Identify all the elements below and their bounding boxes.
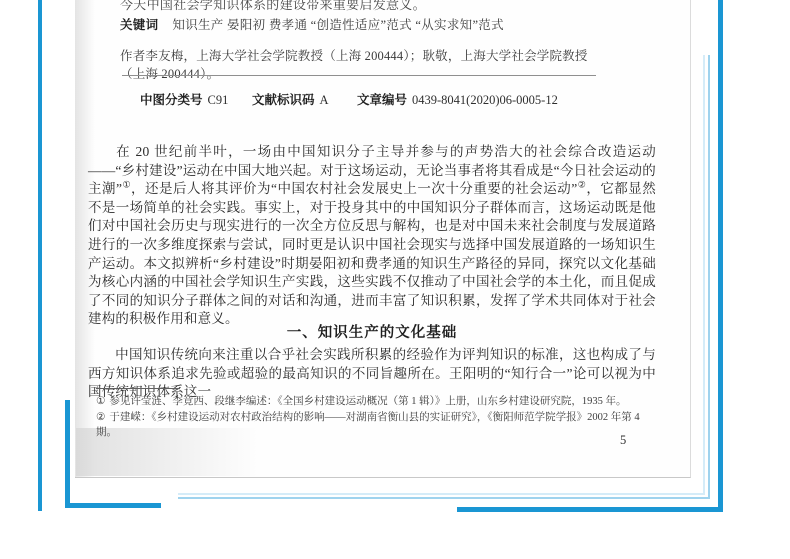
- footnote-2-text: 于建嵘：《乡村建设运动对农村政治结构的影响——对湖南省衡山县的实证研究》，《衡阳…: [96, 412, 640, 439]
- footnotes-block: ①参见许莹涟、李竟西、段继李编述：《全国乡村建设运动概况（第 1 辑）》上册，山…: [96, 394, 652, 441]
- footnote-2-marker: ②: [96, 412, 105, 423]
- document-code-label: 文献标识码: [252, 93, 315, 107]
- paragraph1-text-continued: ，还是后人将其评价为“中国农村社会发展史上一次十分重要的社会运动”: [131, 181, 577, 196]
- frame-line-bottom-left: [65, 503, 161, 508]
- page-number: 5: [620, 433, 626, 448]
- authors-line: 作者李友梅，上海大学社会学院教授（上海 200444）；耿敬，上海大学社会学院教…: [120, 46, 600, 82]
- footnote-1: ①参见许莹涟、李竟西、段继李编述：《全国乡村建设运动概况（第 1 辑）》上册，山…: [96, 394, 652, 410]
- footnote-divider: [96, 388, 180, 389]
- abstract-last-line: 今天中国社会学知识体系的建设带来重要启发意义。: [120, 0, 598, 13]
- footnote-1-text: 参见许莹涟、李竟西、段继李编述：《全国乡村建设运动概况（第 1 辑）》上册，山东…: [109, 396, 626, 407]
- clc-number: 中图分类号C91: [140, 90, 228, 108]
- clc-label: 中图分类号: [140, 93, 203, 107]
- frame-line-bottom-light: [178, 497, 710, 499]
- article-id-value: 0439-8041(2020)06-0005-12: [412, 93, 558, 107]
- paragraph2-text: 中国知识传统向来注重以合乎社会实践所积累的经验作为评判知识的标准，这也构成了与西…: [88, 347, 656, 399]
- clc-value: C91: [208, 93, 229, 107]
- footnote-2: ②于建嵘：《乡村建设运动对农村政治结构的影响——对湖南省衡山县的实证研究》，《衡…: [96, 410, 652, 441]
- paragraph1-text-end: ，它都显然不是一场简单的社会实践。事实上，对于投身其中的中国知识分子群体而言，这…: [88, 181, 656, 326]
- section-1-heading: 一、知识生产的文化基础: [88, 321, 656, 342]
- keywords-text: 知识生产 晏阳初 费孝通 “创造性适应”范式 “从实求知”范式: [172, 18, 504, 32]
- frame-line-bottom-right: [457, 507, 723, 512]
- article-id: 文章编号0439-8041(2020)06-0005-12: [357, 90, 558, 108]
- frame-line-right-pale: [703, 55, 705, 495]
- frame-line-right-light: [708, 55, 710, 497]
- frame-line-right: [718, 0, 723, 512]
- footnote-ref-2: ②: [577, 180, 586, 190]
- footnote-1-marker: ①: [96, 396, 105, 407]
- keywords-label: 关键词: [120, 18, 158, 32]
- article-id-label: 文章编号: [357, 93, 407, 107]
- article-meta-line: 中图分类号C91 文献标识码A 文章编号0439-8041(2020)06-00…: [0, 90, 790, 106]
- header-divider: [122, 75, 596, 76]
- document-code: 文献标识码A: [252, 90, 329, 108]
- body-paragraph-1: 在 20 世纪前半叶，一场由中国知识分子主导并参与的声势浩大的社会综合改造运动—…: [88, 143, 656, 329]
- document-code-value: A: [320, 93, 329, 107]
- frame-line-left-outer: [38, 0, 42, 511]
- frame-line-bottom-pale: [178, 493, 705, 495]
- scanned-journal-page: 今天中国社会学知识体系的建设带来重要启发意义。 关键词知识生产 晏阳初 费孝通 …: [0, 0, 790, 559]
- frame-line-left-inner: [65, 400, 70, 508]
- footnote-ref-1: ①: [122, 180, 131, 190]
- keywords-line: 关键词知识生产 晏阳初 费孝通 “创造性适应”范式 “从实求知”范式: [120, 15, 600, 33]
